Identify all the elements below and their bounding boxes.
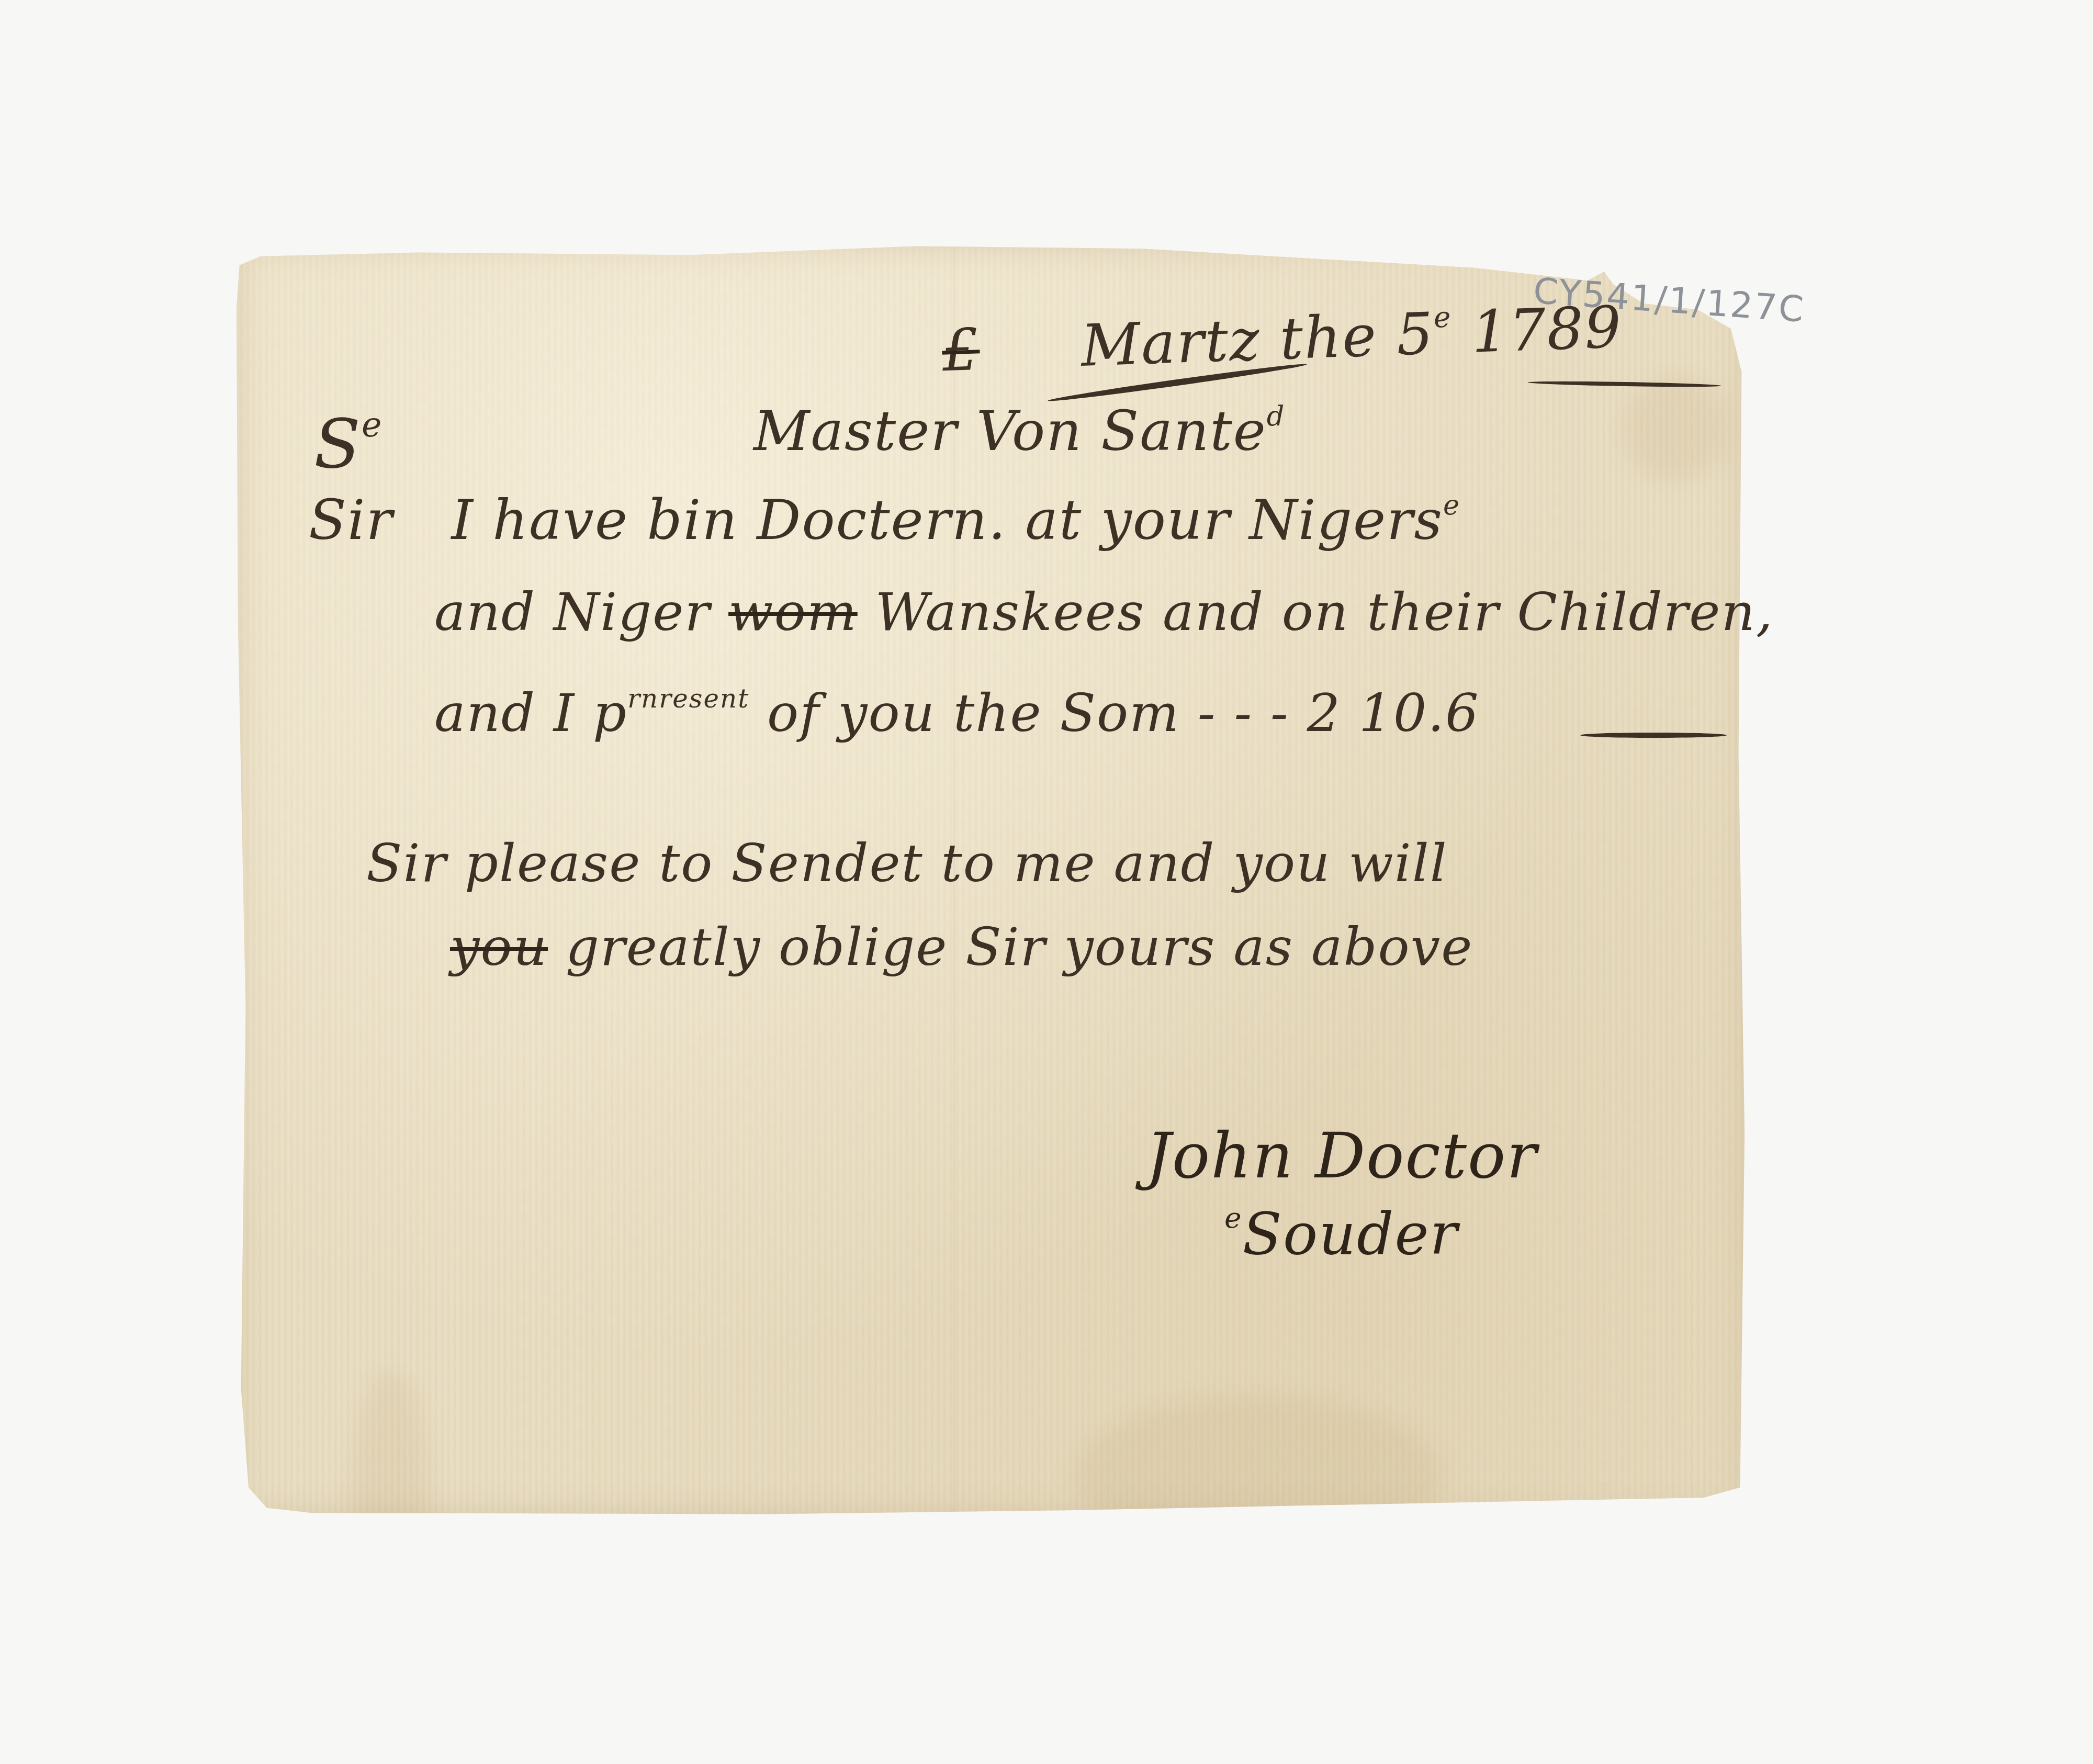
paper-stain [1623,376,1728,480]
line-text-before: and I p [434,682,627,744]
paper-stain [352,1370,430,1632]
margin-superscript: e [362,406,382,445]
body-line-4: Sir please to Sendet to me and you will [366,837,1448,890]
line-text-after: greatly oblige Sir yours as above [566,916,1473,977]
signature-title: eSouder [1224,1204,1458,1263]
signature-name: John Doctor [1146,1125,1538,1188]
signature-line-1: John Doctor [1146,1120,1538,1193]
margin-prefix: S [314,404,362,484]
margin-salutation: Se [314,408,383,478]
line-lead: Sir [309,488,393,552]
line-text: Sir please to Sendet to me and you will [366,833,1448,894]
body-line-2: and Niger wom Wanskees and on their Chil… [434,586,1774,638]
struck-word: wom [728,581,858,643]
struck-word: you [450,916,548,977]
date-year: 1789 [1470,294,1623,366]
addressee: Master Von Santed [753,403,1285,459]
date-text: Martz the 5 [1080,300,1435,379]
insert-superscript: resent [659,683,749,714]
struck-pound-symbol: £ [941,316,981,384]
addressee-superscript: d [1267,400,1286,432]
line-text-before: and Niger [434,581,711,643]
signature-superscript: e [1224,1201,1243,1234]
addressee-name: Master Von Sante [753,399,1267,463]
amount-pounds: 2 [1307,682,1342,744]
body-line-1: Sir I have bin Doctern. at your Nigerse [309,492,1460,548]
line-text-after: Wanskees and on their Children, [875,581,1774,643]
amount-rest: 10.6 [1359,682,1480,744]
line-superscript: e [1443,489,1460,521]
signature-line-2: Souder [1243,1200,1459,1267]
abbrev-superscript: rn [627,683,659,714]
line-text-after: of you the Som - - - [767,682,1289,744]
date-superscript: e [1433,300,1453,334]
body-line-3: and I prnresent of you the Som - - - 2 1… [434,686,1480,739]
body-line-5: you greatly oblige Sir yours as above [450,921,1473,973]
paper-stain [1074,1396,1440,1553]
line-text: I have bin Doctern. at your Nigers [452,488,1444,552]
amount-underline [1580,733,1727,738]
